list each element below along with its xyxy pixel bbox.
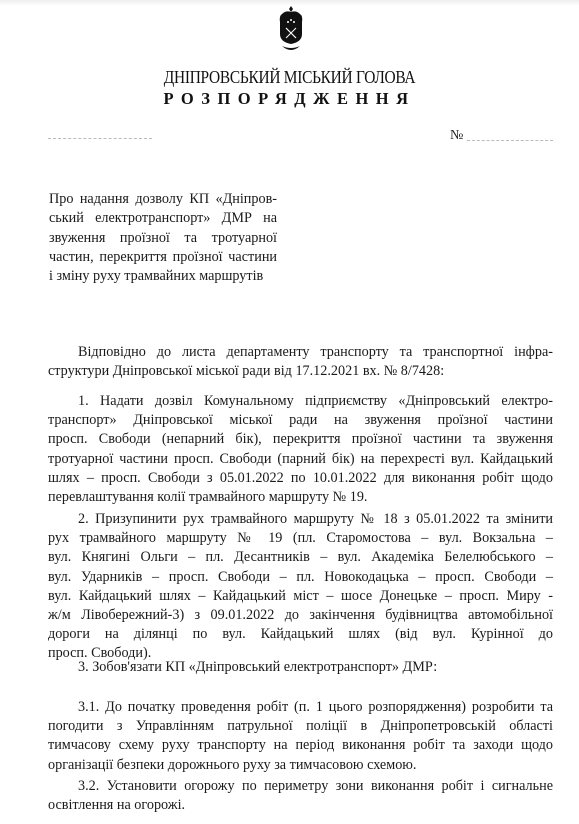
text-line: просп. Свободи (непарний бік), перекритт… — [48, 430, 553, 449]
document-type-title: РОЗПОРЯДЖЕННЯ — [0, 89, 579, 109]
text-line: шлях – просп. Свободи з 05.01.2022 по 10… — [48, 469, 553, 488]
text-line: тротуарної частини просп. Свободи (парни… — [48, 450, 553, 469]
authority-title: ДНІПРОВСЬКИЙ МІСЬКИЙ ГОЛОВА — [35, 67, 545, 88]
text-line: вул. Княгині Ольги – пл. Десантників – в… — [48, 548, 553, 567]
subject-line: частин, перекриття проїзної частини — [49, 248, 277, 267]
text-line: 3.2. Установити огорожу по периметру зон… — [48, 777, 553, 796]
text-line: вул. Ударників – просп. Свободи – пл. Но… — [48, 568, 553, 587]
preamble-paragraph: Відповідно до листа департаменту транспо… — [48, 343, 553, 381]
item-1-paragraph: 1. Надати дозвіл Комунальному підприємст… — [48, 392, 553, 507]
subject-line: звуження проїзної та тротуарної — [49, 229, 277, 248]
text-line: рух трамвайного маршруту № 19 (пл. Старо… — [48, 529, 553, 548]
document-subject: Про надання дозволу КП «Дніпров- ський е… — [49, 190, 277, 286]
text-line: структури Дніпровської міської ради від … — [48, 362, 553, 381]
text-line: Відповідно до листа департаменту транспо… — [48, 343, 553, 362]
text-line: організації безпеки дорожнього руху за т… — [48, 756, 553, 775]
subject-line: і зміну руху трамвайних маршрутів — [49, 267, 277, 286]
number-label: № — [450, 128, 463, 144]
text-line: 3.1. До початку проведення робіт (п. 1 ц… — [48, 698, 553, 717]
text-line: 1. Надати дозвіл Комунальному підприємст… — [48, 392, 553, 411]
item-3-2-paragraph: 3.2. Установити огорожу по периметру зон… — [48, 777, 553, 815]
coat-of-arms-icon — [276, 4, 306, 54]
text-line: тимчасову схему руху транспорту на періо… — [48, 736, 553, 755]
text-line: вул. Кайдацький шлях – Кайдацький міст –… — [48, 587, 553, 606]
text-line: погодити з Управлінням патрульної поліці… — [48, 717, 553, 736]
item-3-paragraph: 3. Зобов'язати КП «Дніпровський електрот… — [48, 658, 553, 677]
text-line: 2. Призупинити рух трамвайного маршруту … — [48, 510, 553, 529]
text-line: дороги на ділянці по вул. Кайдацький шля… — [48, 625, 553, 644]
number-blank-line — [467, 140, 553, 141]
item-2-paragraph: 2. Призупинити рух трамвайного маршруту … — [48, 510, 553, 664]
item-3-1-paragraph: 3.1. До початку проведення робіт (п. 1 ц… — [48, 698, 553, 775]
text-line: ж/м Лівобережний-3) з 09.01.2022 до закі… — [48, 606, 553, 625]
date-blank-line — [48, 138, 152, 139]
subject-line: ський електротранспорт» ДМР на — [49, 209, 277, 228]
text-line: 3. Зобов'язати КП «Дніпровський електрот… — [48, 658, 553, 677]
text-line: перевлаштування колії трамвайного маршру… — [48, 488, 553, 507]
subject-line: Про надання дозволу КП «Дніпров- — [49, 190, 277, 209]
text-line: транспорт» Дніпровської міської ради на … — [48, 411, 553, 430]
text-line: освітлення на огорожі. — [48, 796, 553, 815]
